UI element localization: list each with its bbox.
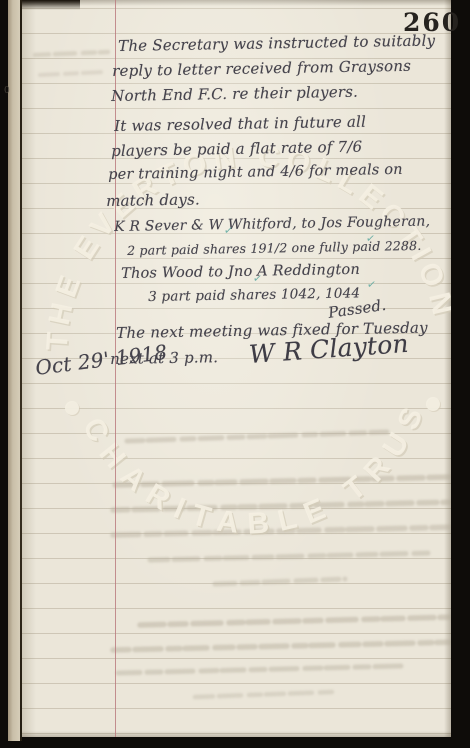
manuscript-line: Thos Wood to Jno A Reddington	[121, 262, 360, 282]
page-corner-shadow	[22, 0, 80, 10]
ghost-text-line	[195, 692, 332, 697]
ghost-text-line	[127, 432, 387, 441]
manuscript-line: match days.	[106, 190, 200, 210]
ghost-text-line	[40, 72, 104, 75]
manuscript-line: players be paid a flat rate of 7/6	[111, 138, 362, 160]
ghost-text-line	[215, 579, 345, 584]
ghost-text-line	[140, 617, 451, 625]
manuscript-line: 3 part paid shares 1042, 1044	[148, 285, 360, 305]
audit-tick-icon: ✓	[252, 271, 263, 285]
manuscript-line: K R Sever & W Whitford, to Jos Fougheran…	[114, 213, 430, 235]
audit-tick-icon: ✓	[223, 223, 234, 237]
manuscript-line: The Secretary was instructed to suitably	[118, 31, 435, 55]
watermark-separator-dot	[426, 397, 440, 411]
watermark-separator-dot	[66, 402, 80, 416]
ghost-text-line	[113, 502, 451, 510]
ledger-page: THE EVERTON COLLECTION THE EVERTON COLLE…	[22, 0, 451, 737]
ghost-text-line	[115, 477, 451, 485]
audit-tick-icon: ✓	[365, 231, 376, 245]
watermark-separator-dot	[427, 398, 441, 412]
manuscript-line: 2 part paid shares 191/2 one fully paid …	[127, 238, 422, 258]
scanned-minute-book-page: 0	[0, 0, 470, 748]
ghost-text-line	[118, 666, 402, 673]
manuscript-line: North End F.C. re their players.	[111, 83, 358, 105]
watermark-separator-dot	[65, 401, 79, 415]
audit-tick-icon: ✓	[366, 277, 377, 291]
manuscript-line: It was resolved that in future all	[114, 113, 366, 135]
ghost-text-line	[113, 642, 451, 650]
date-annotation: Oct 29' 1918	[34, 340, 169, 380]
edge-page-mark: 0	[4, 86, 10, 96]
manuscript-line: per training night and 4/6 for meals on	[108, 162, 403, 183]
ghost-text-line	[35, 52, 108, 55]
manuscript-line: reply to letter received from Graysons	[112, 57, 411, 80]
ghost-text-line	[150, 553, 432, 560]
ghost-text-line	[113, 527, 451, 535]
